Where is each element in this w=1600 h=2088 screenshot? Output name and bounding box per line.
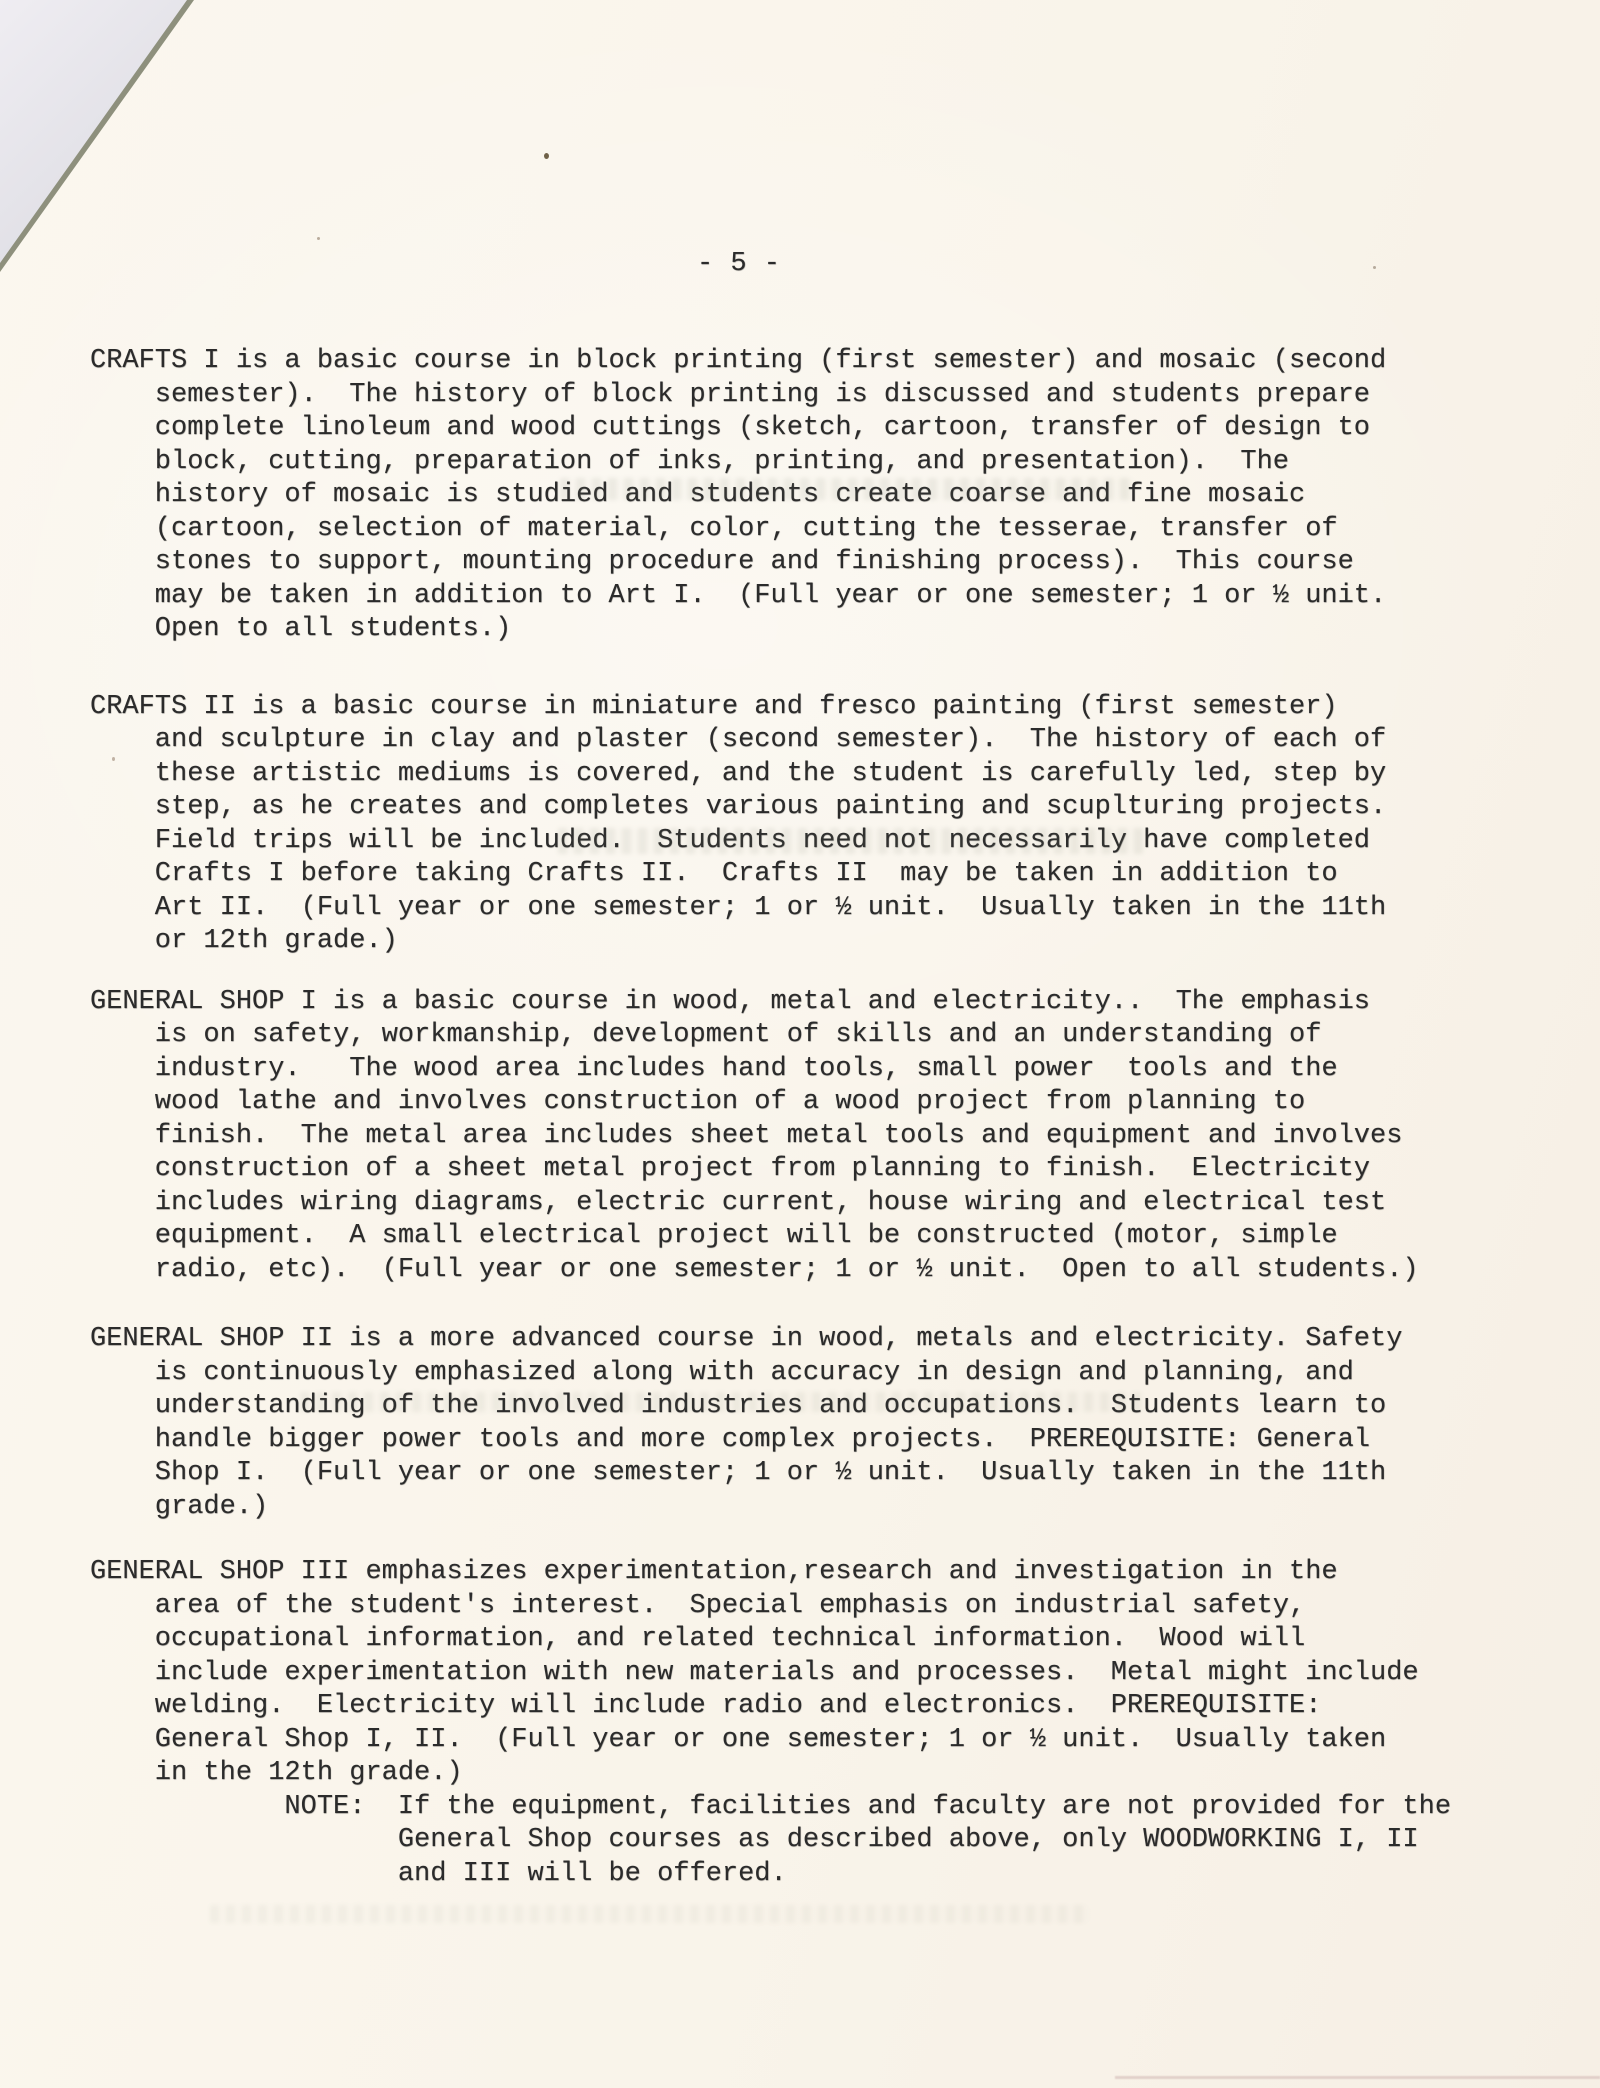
text-line: General Shop courses as described above,… [90, 1824, 1510, 1858]
paragraph-general-shop-i: GENERAL SHOP I is a basic course in wood… [90, 986, 1510, 1288]
text-line: CRAFTS I is a basic course in block prin… [90, 345, 1510, 379]
text-line: GENERAL SHOP III emphasizes experimentat… [90, 1556, 1510, 1590]
text-line: and sculpture in clay and plaster (secon… [90, 724, 1510, 758]
text-line: block, cutting, preparation of inks, pri… [90, 446, 1510, 480]
paragraph-general-shop-ii: GENERAL SHOP II is a more advanced cours… [90, 1323, 1510, 1524]
text-line: may be taken in addition to Art I. (Full… [90, 580, 1510, 614]
paragraph-general-shop-iii: GENERAL SHOP III emphasizes experimentat… [90, 1556, 1510, 1791]
text-line: includes wiring diagrams, electric curre… [90, 1187, 1510, 1221]
text-line: these artistic mediums is covered, and t… [90, 758, 1510, 792]
text-line: wood lathe and involves construction of … [90, 1086, 1510, 1120]
text-line: history of mosaic is studied and student… [90, 479, 1510, 513]
text-line: in the 12th grade.) [90, 1757, 1510, 1791]
text-line: grade.) [90, 1491, 1510, 1525]
paragraph-note: NOTE: If the equipment, facilities and f… [90, 1791, 1510, 1892]
text-line: construction of a sheet metal project fr… [90, 1153, 1510, 1187]
paragraph-crafts-i: CRAFTS I is a basic course in block prin… [90, 345, 1510, 647]
text-line: CRAFTS II is a basic course in miniature… [90, 691, 1510, 725]
text-line: industry. The wood area includes hand to… [90, 1053, 1510, 1087]
text-line: step, as he creates and completes variou… [90, 791, 1510, 825]
paper-speck [317, 237, 320, 240]
text-line: (cartoon, selection of material, color, … [90, 513, 1510, 547]
text-line: NOTE: If the equipment, facilities and f… [90, 1791, 1510, 1825]
scanned-document-page: - 5 - CRAFTS I is a basic course in bloc… [0, 0, 1600, 2088]
text-line: or 12th grade.) [90, 925, 1510, 959]
text-line: General Shop I, II. (Full year or one se… [90, 1724, 1510, 1758]
text-line: GENERAL SHOP I is a basic course in wood… [90, 986, 1510, 1020]
text-line: is on safety, workmanship, development o… [90, 1019, 1510, 1053]
text-line: equipment. A small electrical project wi… [90, 1220, 1510, 1254]
text-line: and III will be offered. [90, 1858, 1510, 1892]
text-line: is continuously emphasized along with ac… [90, 1357, 1510, 1391]
text-line: Open to all students.) [90, 613, 1510, 647]
text-line: Crafts I before taking Crafts II. Crafts… [90, 858, 1510, 892]
text-line: complete linoleum and wood cuttings (ske… [90, 412, 1510, 446]
text-line: stones to support, mounting procedure an… [90, 546, 1510, 580]
text-line: welding. Electricity will include radio … [90, 1690, 1510, 1724]
ink-ghost-impression [210, 1905, 1090, 1923]
paragraph-crafts-ii: CRAFTS II is a basic course in miniature… [90, 691, 1510, 959]
scan-edge-line [1115, 2076, 1600, 2079]
text-line: handle bigger power tools and more compl… [90, 1424, 1510, 1458]
text-line: GENERAL SHOP II is a more advanced cours… [90, 1323, 1510, 1357]
text-line: Shop I. (Full year or one semester; 1 or… [90, 1457, 1510, 1491]
text-line: Field trips will be included. Students n… [90, 825, 1510, 859]
text-line: area of the student's interest. Special … [90, 1590, 1510, 1624]
document-body: CRAFTS I is a basic course in block prin… [90, 345, 1510, 1891]
text-line: finish. The metal area includes sheet me… [90, 1120, 1510, 1154]
text-line: radio, etc). (Full year or one semester;… [90, 1254, 1510, 1288]
text-line: include experimentation with new materia… [90, 1657, 1510, 1691]
page-number: - 5 - [697, 247, 781, 281]
text-line: semester). The history of block printing… [90, 379, 1510, 413]
text-line: occupational information, and related te… [90, 1623, 1510, 1657]
paper-speck [544, 153, 549, 159]
text-line: Art II. (Full year or one semester; 1 or… [90, 892, 1510, 926]
paper-speck [1373, 266, 1376, 269]
text-line: understanding of the involved industries… [90, 1390, 1510, 1424]
